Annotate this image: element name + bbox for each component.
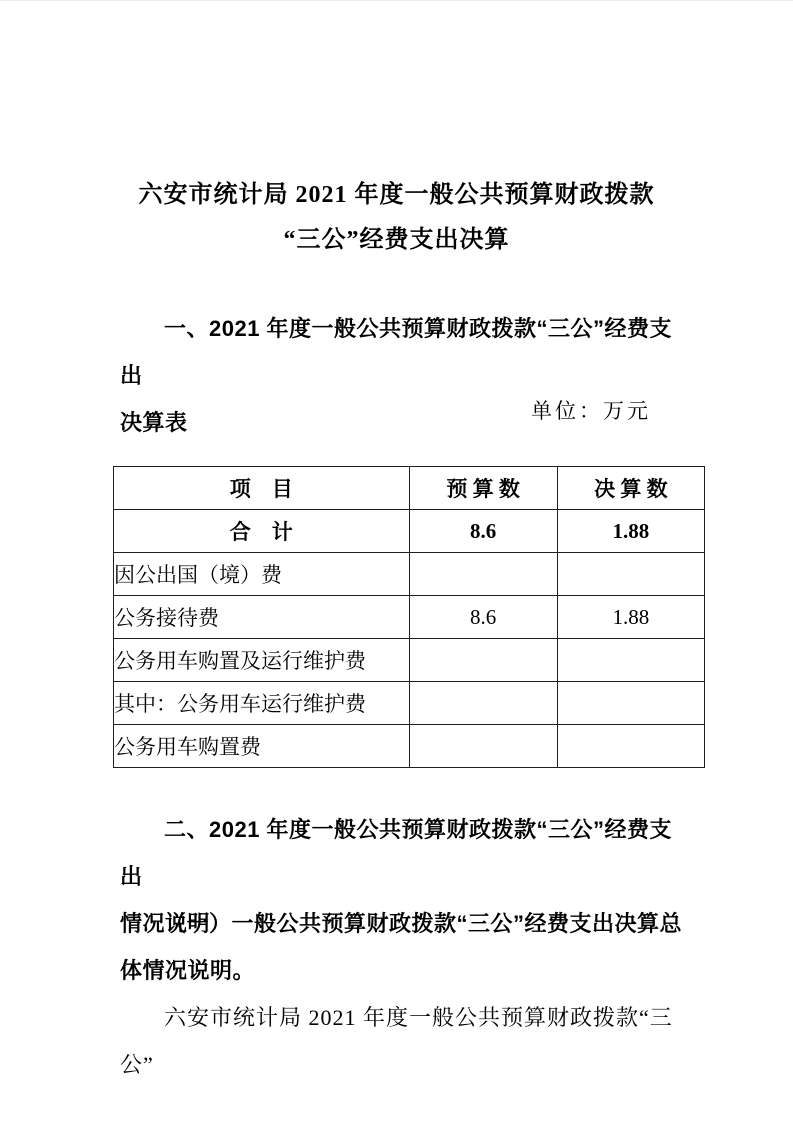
table-row-reception-expense: 公务接待费 8.6 1.88 [114,596,705,639]
section2-heading-line1: 二、2021 年度一般公共预算财政拨款“三公”经费支出 [120,806,682,900]
section1-heading-line1: 一、2021 年度一般公共预算财政拨款“三公”经费支出 [120,305,682,399]
document-title: 六安市统计局 2021 年度一般公共预算财政拨款 “三公”经费支出决算 [0,173,793,263]
table-cell-vehicle-total-final [557,639,704,682]
table-header-row: 项 目 预 算 数 决 算 数 [114,467,705,510]
section2-sub-heading-line2: 体情况说明。 [120,947,682,994]
table-header-budget: 预 算 数 [409,467,557,510]
section2-sub-heading: （一）一般公共预算财政拨款“三公”经费支出决算总 体情况说明。 [120,900,682,994]
table-cell-vehicle-purchase-final [557,725,704,768]
table-cell-reception-item: 公务接待费 [114,596,410,639]
table-cell-vehicle-operation-budget [409,682,557,725]
document-title-line2: “三公”经费支出决算 [0,218,793,263]
three-public-expense-table: 项 目 预 算 数 决 算 数 合 计 8.6 1.88 因公出国（境）费 公务… [113,466,705,768]
section2-sub-heading-line1: （一）一般公共预算财政拨款“三公”经费支出决算总 [120,900,682,947]
table-header-item: 项 目 [114,467,410,510]
table-cell-abroad-item: 因公出国（境）费 [114,553,410,596]
section2-body-paragraph: 六安市统计局 2021 年度一般公共预算财政拨款“三公” [120,994,682,1088]
table-cell-total-budget: 8.6 [409,510,557,553]
table-header-final: 决 算 数 [557,467,704,510]
table-cell-vehicle-operation-item: 其中：公务用车运行维护费 [114,682,410,725]
document-title-line1: 六安市统计局 2021 年度一般公共预算财政拨款 [0,173,793,218]
table-cell-abroad-budget [409,553,557,596]
table-cell-abroad-final [557,553,704,596]
table-cell-vehicle-purchase-item: 公务用车购置费 [114,725,410,768]
table-row-vehicle-total-expense: 公务用车购置及运行维护费 [114,639,705,682]
section2-body-paragraph-line1: 六安市统计局 2021 年度一般公共预算财政拨款“三公” [120,994,682,1088]
table-row-vehicle-operation-expense: 其中：公务用车运行维护费 [114,682,705,725]
table-cell-reception-budget: 8.6 [409,596,557,639]
table-unit-label: 单位：万元 [531,397,651,425]
table-cell-vehicle-operation-final [557,682,704,725]
table-cell-reception-final: 1.88 [557,596,704,639]
table-cell-vehicle-purchase-budget [409,725,557,768]
table-row-vehicle-purchase-expense: 公务用车购置费 [114,725,705,768]
table-cell-vehicle-total-budget [409,639,557,682]
table-row-total: 合 计 8.6 1.88 [114,510,705,553]
table-cell-total-final: 1.88 [557,510,704,553]
table-cell-total-item: 合 计 [114,510,410,553]
document-page: 六安市统计局 2021 年度一般公共预算财政拨款 “三公”经费支出决算 一、20… [0,0,793,1123]
table-row-abroad-expense: 因公出国（境）费 [114,553,705,596]
table-cell-vehicle-total-item: 公务用车购置及运行维护费 [114,639,410,682]
